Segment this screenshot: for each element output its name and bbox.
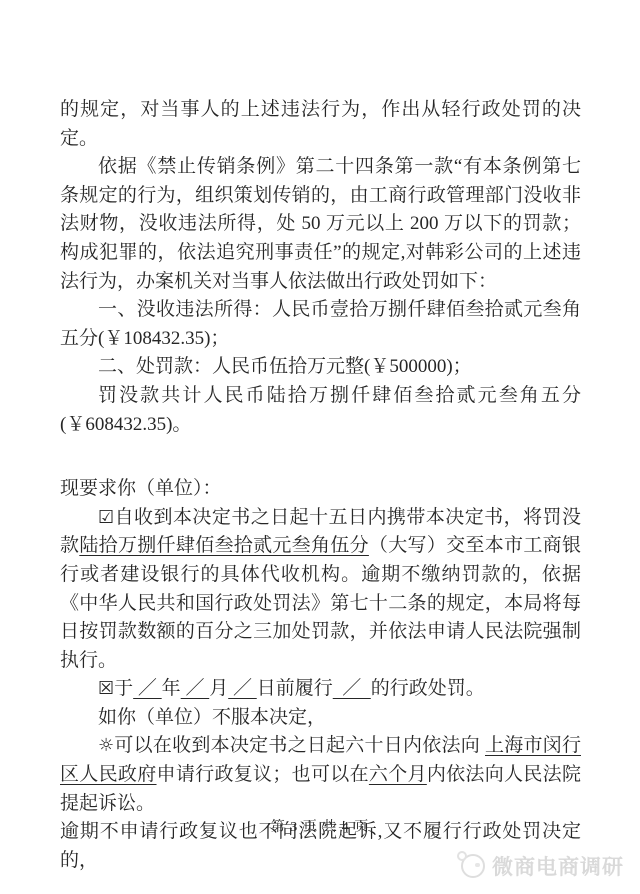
text-segment: 的行政处罚。 — [371, 678, 485, 699]
para-deadline-option: ☒于 ／ 年 ／ 月 ／ 日前履行 ／ 的行政处罚。 — [60, 675, 581, 704]
text-segment: 申请行政复议；也可以在 — [157, 764, 369, 785]
text-segment: 如你（单位）不服本决定， — [98, 707, 326, 728]
text-segment: 现要求你（单位）： — [60, 478, 222, 499]
para-payment-requirement: ☑自收到本决定书之日起十五日内携带本决定书，将罚没款陆拾万捌仟肆佰叁拾贰元叁角伍… — [60, 504, 581, 676]
text-segment: 陆拾万捌仟肆佰叁拾贰元叁角伍分 — [79, 535, 369, 556]
text-segment: ／ — [133, 678, 162, 699]
para-continuation: 的规定，对当事人的上述违法行为，作出从轻行政处罚的决定。 — [60, 96, 581, 153]
text-segment: ／ — [181, 678, 210, 699]
para-legal-basis: 依据《禁止传销条例》第二十四条第一款“有本条例第七条规定的行为，组织策划传销的，… — [60, 153, 581, 296]
document-body: 的规定，对当事人的上述违法行为，作出从轻行政处罚的决定。依据《禁止传销条例》第二… — [60, 96, 581, 875]
text-segment: 的规定，对当事人的上述违法行为，作出从轻行政处罚的决定。 — [60, 99, 581, 149]
para-requirement-heading: 现要求你（单位）： — [60, 475, 581, 504]
document-page: 的规定，对当事人的上述违法行为，作出从轻行政处罚的决定。依据《禁止传销条例》第二… — [0, 0, 640, 894]
text-segment: 可以在收到本决定书之日起六十日内依法向 — [114, 735, 485, 756]
text-segment: ／ — [228, 678, 257, 699]
text-segment: ／ — [333, 678, 371, 699]
checkbox-checked-icon: ☑ — [98, 507, 114, 528]
para-penalty-total: 罚没款共计人民币陆拾万捌仟肆佰叁拾贰元叁角五分(￥608432.35)。 — [60, 382, 581, 439]
watermark: 微商电商调研 — [461, 851, 624, 881]
para-objection-intro: 如你（单位）不服本决定， — [60, 704, 581, 733]
text-segment: 一、没收违法所得：人民币壹拾万捌仟肆佰叁拾贰元叁角五分(￥108432.35)； — [60, 299, 581, 349]
watermark-logo-icon — [461, 854, 485, 878]
text-segment: 六个月 — [369, 764, 427, 785]
checkbox-crossed-icon: ☒ — [98, 678, 114, 699]
text-segment: 依据《禁止传销条例》第二十四条第一款“有本条例第七条规定的行为，组织策划传销的，… — [60, 156, 581, 291]
text-segment: 日前履行 — [257, 678, 333, 699]
watermark-text: 微商电商调研 — [492, 851, 624, 881]
text-segment: 罚没款共计人民币陆拾万捌仟肆佰叁拾贰元叁角五分(￥608432.35)。 — [60, 385, 581, 435]
page-number-footer: 第 3 页 共 4 页 — [0, 816, 640, 836]
text-segment: 二、处罚款：人民币伍拾万元整(￥500000)； — [98, 356, 472, 377]
text-segment: 年 — [162, 678, 181, 699]
para-penalty-item-2: 二、处罚款：人民币伍拾万元整(￥500000)； — [60, 353, 581, 382]
gear-bullet-icon: ☼ — [98, 735, 114, 756]
para-administrative-review: ☼可以在收到本决定书之日起六十日内依法向 上海市闵行区人民政府申请行政复议；也可… — [60, 732, 581, 818]
para-penalty-item-1: 一、没收违法所得：人民币壹拾万捌仟肆佰叁拾贰元叁角五分(￥108432.35)； — [60, 296, 581, 353]
text-segment: 于 — [114, 678, 133, 699]
text-segment: 月 — [209, 678, 228, 699]
